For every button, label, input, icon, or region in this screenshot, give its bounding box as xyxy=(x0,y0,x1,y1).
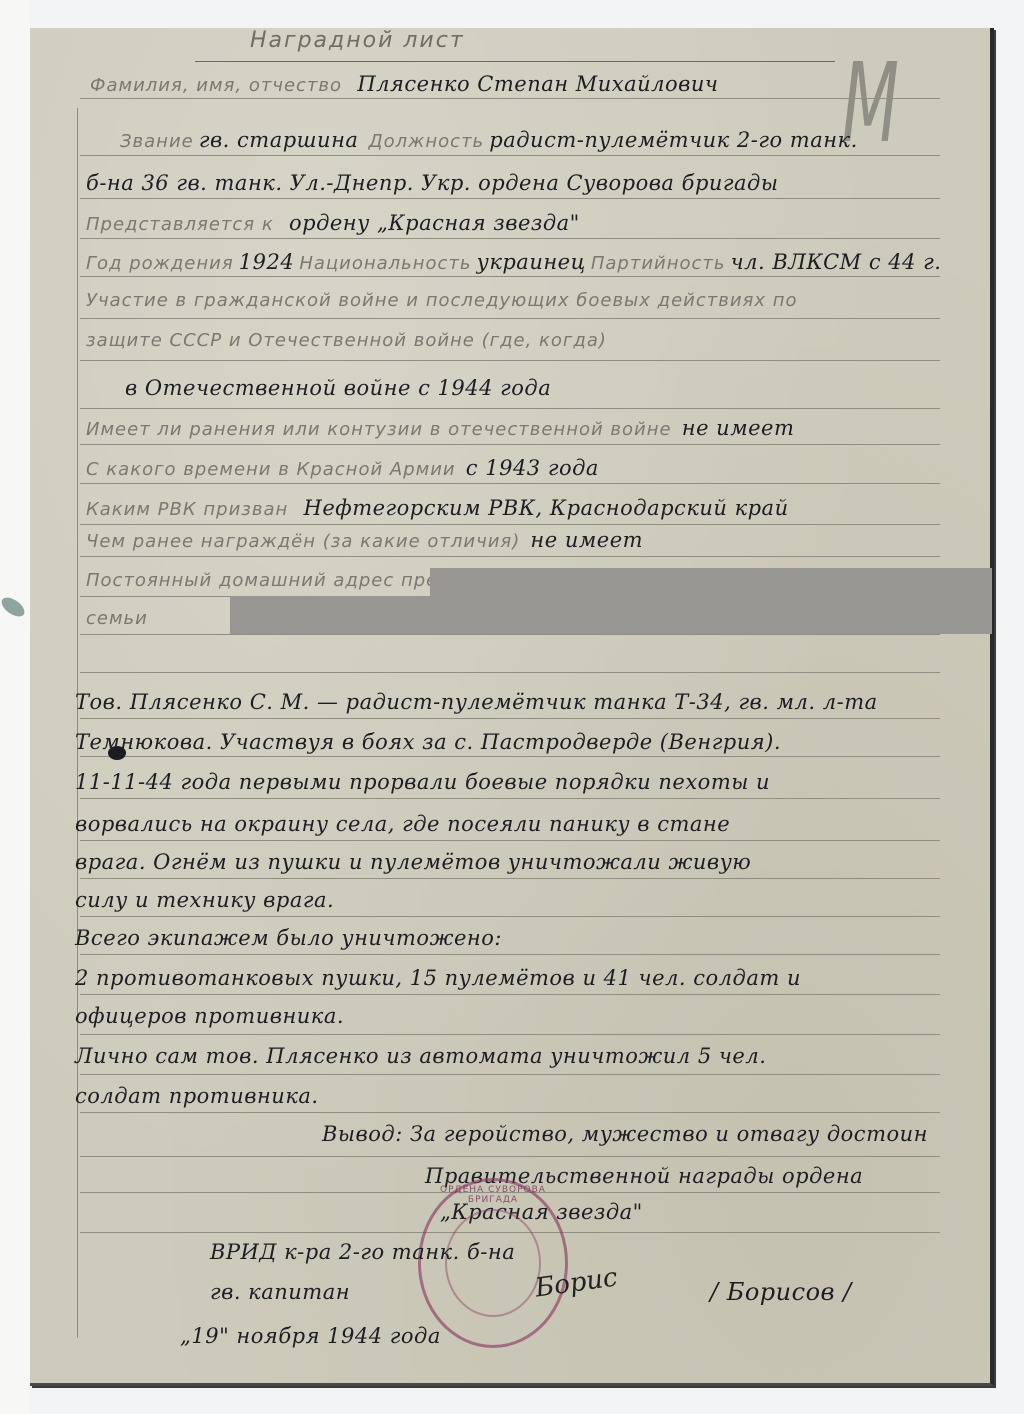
signature-date: „19" ноября 1944 года xyxy=(180,1324,960,1348)
field-label: Партийность xyxy=(591,253,726,274)
narrative-line: Тов. Плясенко С. М. — радист-пулемётчик … xyxy=(75,690,960,714)
narrative-line: офицеров противника. xyxy=(75,1004,960,1028)
field-label: семьи xyxy=(86,608,148,629)
document-title: Наградной лист xyxy=(250,28,465,53)
field-label: Чем ранее награждён (за какие отличия) xyxy=(86,531,520,552)
narrative-line: Всего экипажем было уничтожено: xyxy=(75,926,960,950)
field-participation-2: защите СССР и Отечественной войне (где, … xyxy=(86,330,960,351)
field-value: б-на 36 гв. танк. Ул.-Днепр. Укр. ордена… xyxy=(86,171,778,195)
field-participation-1: Участие в гражданской войне и последующи… xyxy=(86,290,960,311)
award-sheet: Наградной лист М Фамилия, имя, отчество … xyxy=(30,28,994,1386)
field-value: с 1943 года xyxy=(466,456,599,480)
field-label: Представляется к xyxy=(86,214,274,235)
field-unit: б-на 36 гв. танк. Ул.-Днепр. Укр. ордена… xyxy=(86,171,960,195)
field-label: Каким РВК призван xyxy=(86,499,288,520)
field-wounds: Имеет ли ранения или контузии в отечеств… xyxy=(86,416,960,440)
narrative-line: 2 противотанковых пушки, 15 пулемётов и … xyxy=(75,966,960,990)
field-label: Участие в гражданской войне и последующи… xyxy=(86,290,798,311)
field-birth-nationality-party: Год рождения 1924 Национальность украине… xyxy=(86,250,960,274)
field-label: Национальность xyxy=(299,253,471,274)
signature-line-1: ВРИД к-ра 2-го танк. б-на xyxy=(210,1240,960,1264)
field-value: в Отечественной войне с 1944 года xyxy=(125,376,551,400)
field-army-since: С какого времени в Красной Армии с 1943 … xyxy=(86,456,960,480)
conclusion-line: Вывод: За геройство, мужество и отвагу д… xyxy=(322,1122,960,1146)
field-label: Должность xyxy=(369,131,485,152)
field-value: не имеет xyxy=(530,528,643,552)
field-label: защите СССР и Отечественной войне (где, … xyxy=(86,330,607,351)
field-participation-value: в Отечественной войне с 1944 года xyxy=(125,376,960,400)
title-underline xyxy=(195,61,835,62)
field-value: не имеет xyxy=(682,416,795,440)
field-label: С какого времени в Красной Армии xyxy=(86,459,456,480)
redaction-bar xyxy=(230,596,992,634)
field-value: Нефтегорским РВК, Краснодарский край xyxy=(304,496,789,520)
field-full-name: Фамилия, имя, отчество Плясенко Степан М… xyxy=(90,72,960,96)
field-rank-position: Звание гв. старшина Должность радист-пул… xyxy=(120,128,960,152)
field-label: Звание xyxy=(120,131,194,152)
field-label: Год рождения xyxy=(86,253,234,274)
narrative-line: врага. Огнём из пушки и пулемётов уничто… xyxy=(75,850,960,874)
field-previous-awards: Чем ранее награждён (за какие отличия) н… xyxy=(86,528,960,552)
narrative-line: ворвались на окраину села, где посеяли п… xyxy=(75,812,960,836)
field-nominated-for: Представляется к ордену „Красная звезда" xyxy=(86,211,960,235)
signer-name: / Борисов / xyxy=(710,1278,960,1306)
field-value: гв. старшина xyxy=(199,128,359,152)
narrative-line: Лично сам тов. Плясенко из автомата унич… xyxy=(75,1044,960,1068)
field-value: ордену „Красная звезда" xyxy=(289,211,580,235)
field-value: Плясенко Степан Михайлович xyxy=(357,72,718,96)
margin-line xyxy=(77,108,78,1338)
field-label: Фамилия, имя, отчество xyxy=(90,75,342,96)
field-label: Имеет ли ранения или контузии в отечеств… xyxy=(86,419,672,440)
field-value: радист-пулемётчик 2-го танк. xyxy=(489,128,858,152)
narrative-line: Темнюкова. Участвуя в боях за с. Пастрод… xyxy=(75,730,960,754)
narrative-line: солдат противника. xyxy=(75,1084,960,1108)
narrative-line: 11-11-44 года первыми прорвали боевые по… xyxy=(75,770,960,794)
narrative-line: силу и технику врага. xyxy=(75,888,960,912)
stamp-text: ОРДЕНА СУВОРОВА БРИГАДА xyxy=(421,1185,565,1205)
scanner-backing xyxy=(0,0,30,1414)
field-value: чл. ВЛКСМ с 44 г. xyxy=(731,250,942,274)
field-value: 1924 xyxy=(239,250,294,274)
field-conscripted-by: Каким РВК призван Нефтегорским РВК, Крас… xyxy=(86,496,960,520)
field-value: украинец xyxy=(477,250,586,274)
